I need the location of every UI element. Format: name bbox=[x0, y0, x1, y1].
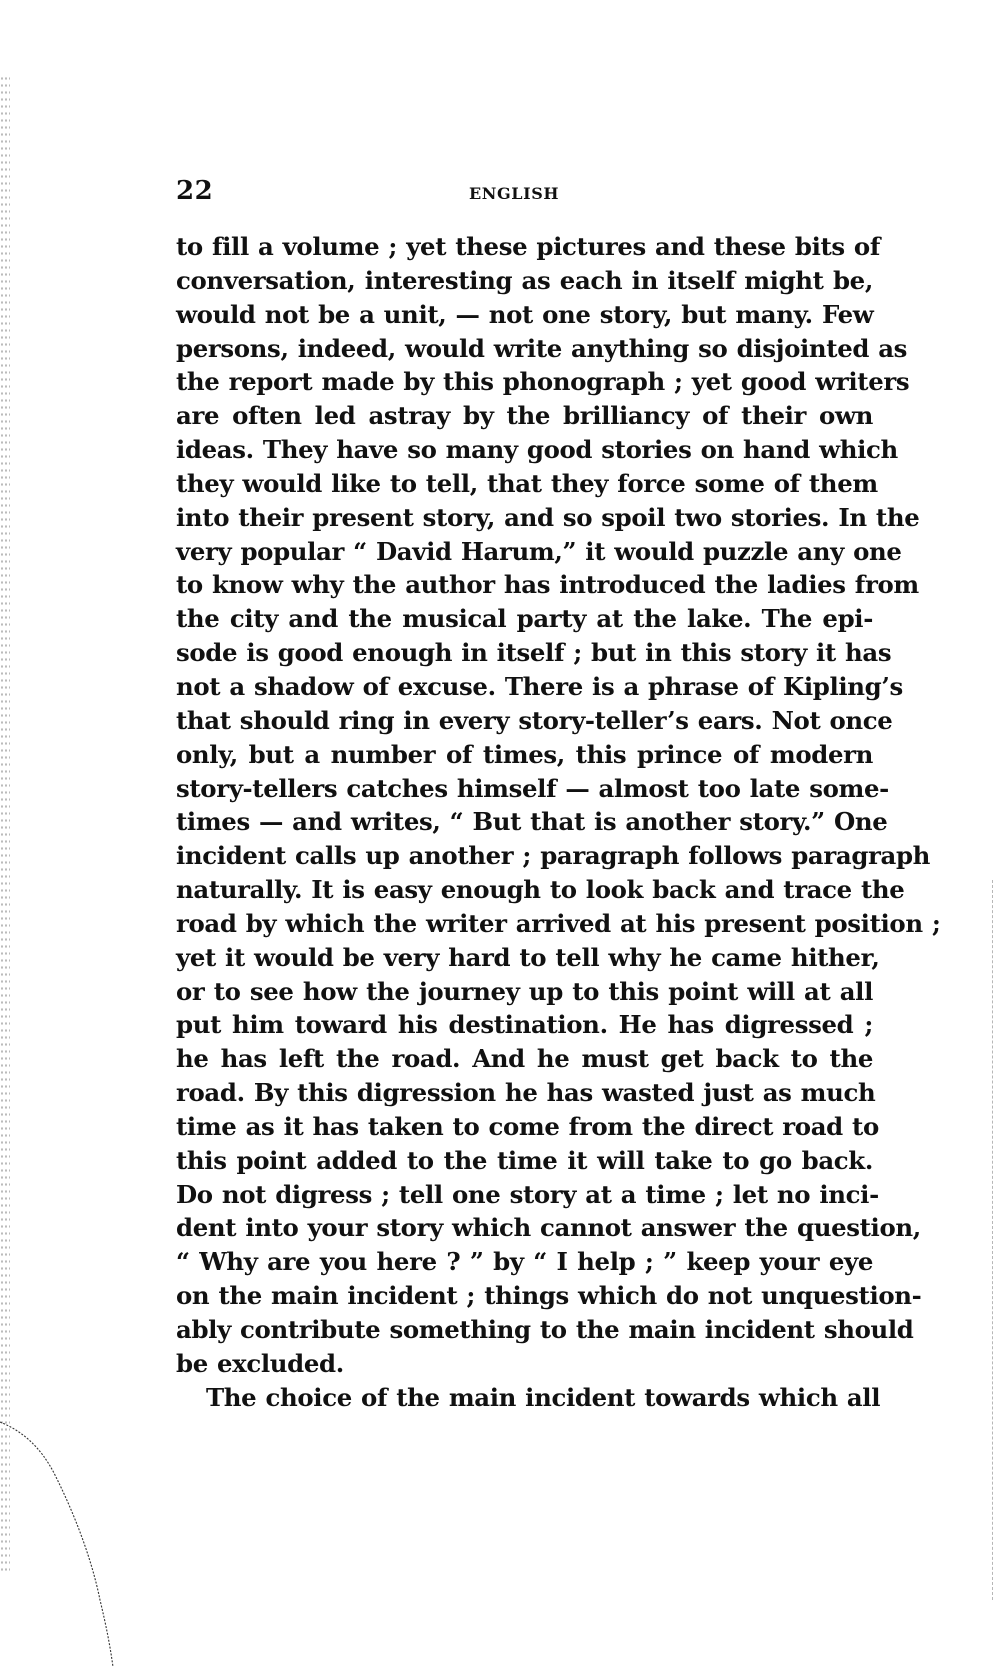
text-line: times — and writes, “ But that is anothe… bbox=[176, 805, 873, 839]
book-page: 22 ENGLISH to fill a volume ; yet these … bbox=[0, 0, 1000, 1667]
text-line: road by which the writer arrived at his … bbox=[176, 907, 873, 941]
text-line: sode is good enough in itself ; but in t… bbox=[176, 636, 873, 670]
text-line: yet it would be very hard to tell why he… bbox=[176, 941, 873, 975]
page-number: 22 bbox=[176, 176, 213, 206]
text-line: time as it has taken to come from the di… bbox=[176, 1110, 873, 1144]
page-header: 22 ENGLISH bbox=[176, 176, 876, 206]
scan-edge-left bbox=[0, 75, 10, 1575]
text-line: not a shadow of excuse. There is a phras… bbox=[176, 670, 873, 704]
text-line: into their present story, and so spoil t… bbox=[176, 501, 873, 535]
text-line: Do not digress ; tell one story at a tim… bbox=[176, 1178, 873, 1212]
text-line: naturally. It is easy enough to look bac… bbox=[176, 873, 873, 907]
running-head: ENGLISH bbox=[469, 184, 559, 203]
text-line: would not be a unit, — not one story, bu… bbox=[176, 298, 873, 332]
page-curl-mark bbox=[0, 1420, 140, 1667]
text-line: the report made by this phonograph ; yet… bbox=[176, 365, 873, 399]
text-line: on the main incident ; things which do n… bbox=[176, 1279, 873, 1313]
body-text: to fill a volume ; yet these pictures an… bbox=[176, 230, 873, 1415]
text-line: to know why the author has introduced th… bbox=[176, 568, 873, 602]
text-line: or to see how the journey up to this poi… bbox=[176, 975, 873, 1009]
text-line: dent into your story which cannot answer… bbox=[176, 1211, 873, 1245]
text-line: road. By this digression he has wasted j… bbox=[176, 1076, 873, 1110]
text-line: ideas. They have so many good stories on… bbox=[176, 433, 873, 467]
text-line: he has left the road. And he must get ba… bbox=[176, 1042, 873, 1076]
text-line: that should ring in every story-teller’s… bbox=[176, 704, 873, 738]
text-line: they would like to tell, that they force… bbox=[176, 467, 873, 501]
scan-edge-right bbox=[992, 880, 995, 1600]
text-line: persons, indeed, would write anything so… bbox=[176, 332, 873, 366]
text-line: put him toward his destination. He has d… bbox=[176, 1008, 873, 1042]
text-line: are often led astray by the brilliancy o… bbox=[176, 399, 873, 433]
text-line: incident calls up another ; paragraph fo… bbox=[176, 839, 873, 873]
text-line: only, but a number of times, this prince… bbox=[176, 738, 873, 772]
text-line: very popular “ David Harum,” it would pu… bbox=[176, 535, 873, 569]
text-line: this point added to the time it will tak… bbox=[176, 1144, 873, 1178]
text-line-paragraph-end: be excluded. bbox=[176, 1347, 873, 1381]
text-line: to fill a volume ; yet these pictures an… bbox=[176, 230, 873, 264]
text-line: “ Why are you here ? ” by “ I help ; ” k… bbox=[176, 1245, 873, 1279]
text-line: the city and the musical party at the la… bbox=[176, 602, 873, 636]
text-line: story-tellers catches himself — almost t… bbox=[176, 772, 873, 806]
text-line: ably contribute something to the main in… bbox=[176, 1313, 873, 1347]
text-line-paragraph-start: The choice of the main incident towards … bbox=[176, 1381, 873, 1415]
text-line: conversation, interesting as each in its… bbox=[176, 264, 873, 298]
